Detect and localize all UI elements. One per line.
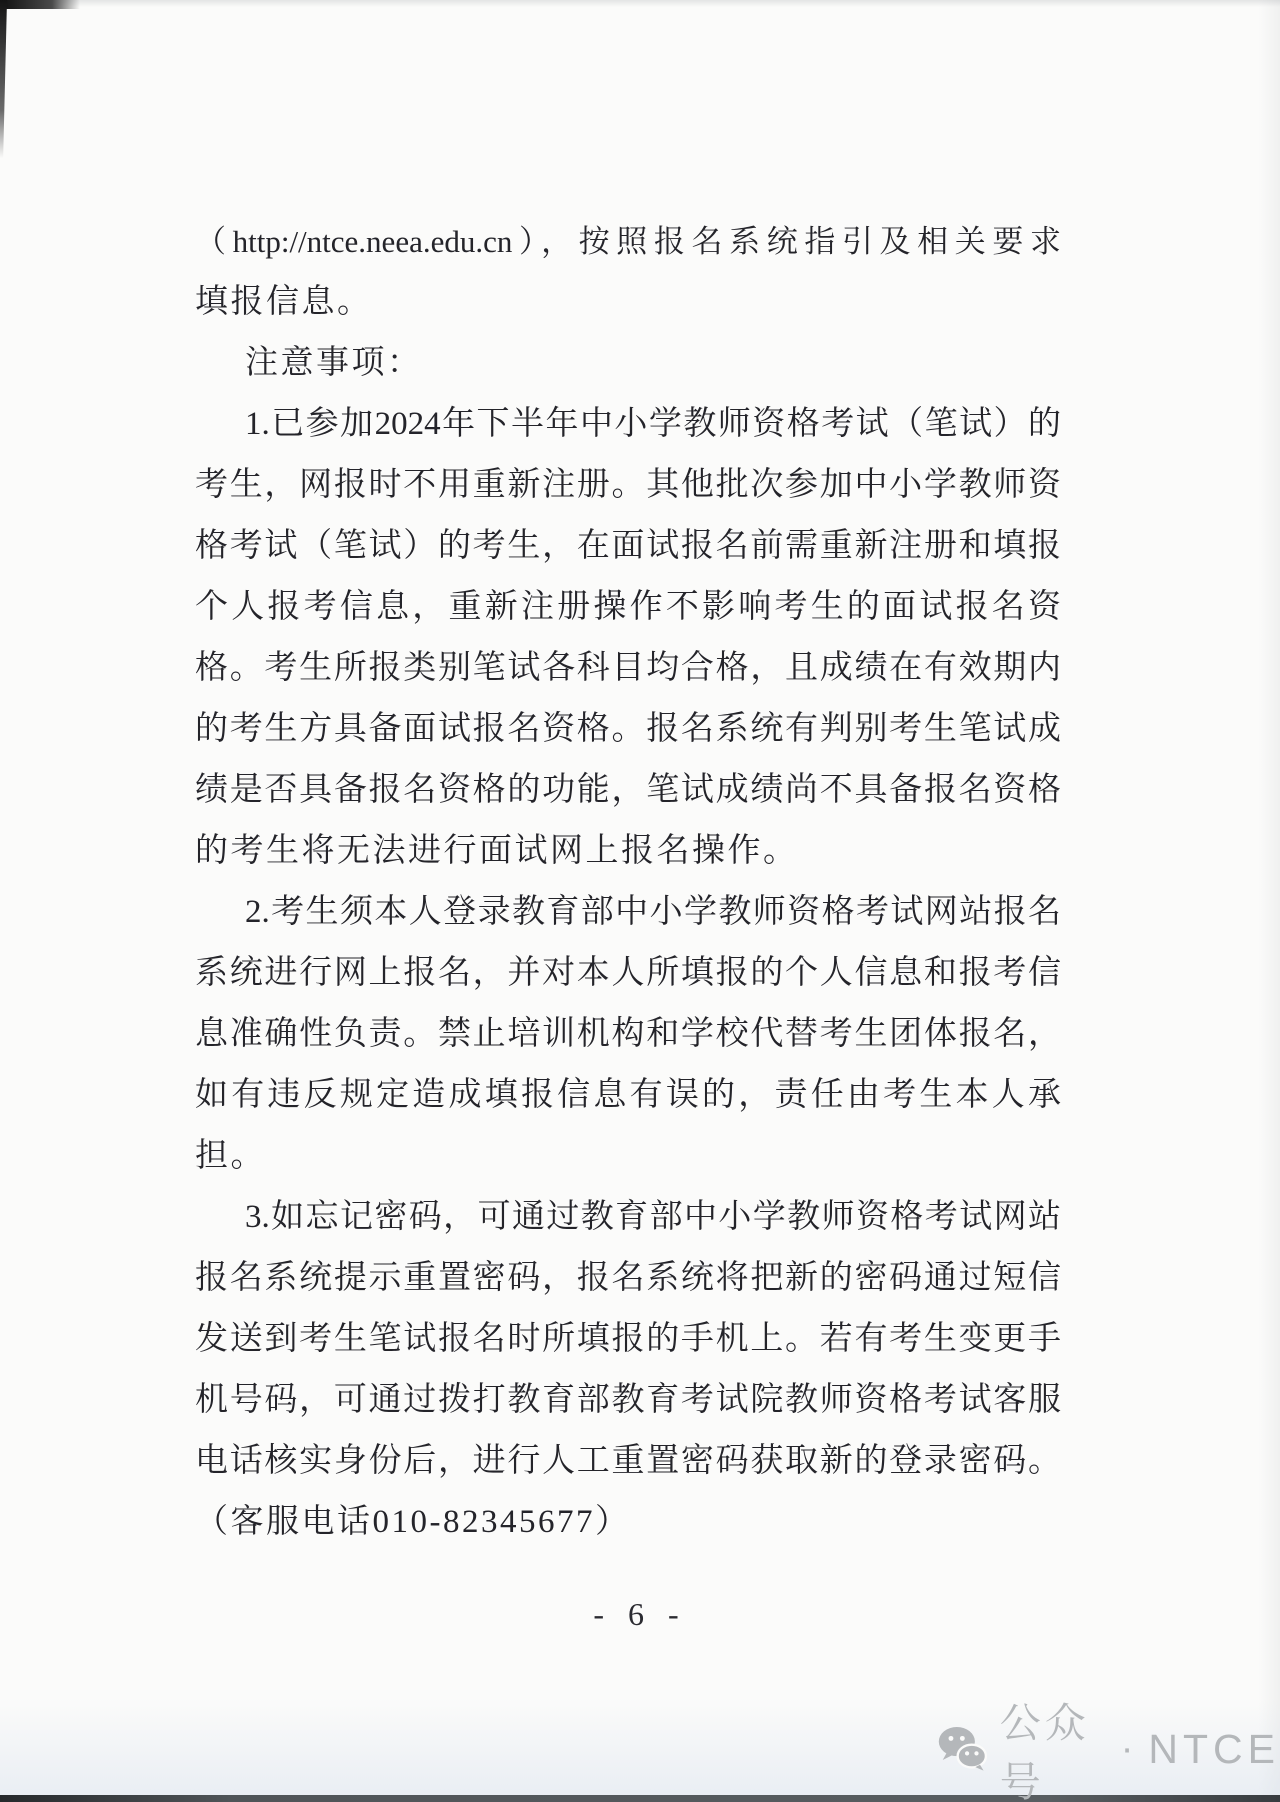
text-line: 息准确性负责。禁止培训机构和学校代替考生团体报名， bbox=[195, 1004, 1061, 1065]
text-line: （客服电话010-82345677） bbox=[195, 1492, 1061, 1553]
text-line: 绩是否具备报名资格的功能，笔试成绩尚不具备报名资格 bbox=[195, 760, 1061, 821]
scan-shade-right bbox=[1258, 0, 1280, 1802]
scan-artifact-left-edge bbox=[0, 0, 7, 158]
text-line: （http://ntce.neea.edu.cn），按照报名系统指引及相关要求 bbox=[195, 211, 1061, 272]
text-line: 个人报考信息，重新注册操作不影响考生的面试报名资 bbox=[195, 577, 1061, 638]
text-line: 2.考生须本人登录教育部中小学教师资格考试网站报名 bbox=[195, 882, 1061, 943]
footer-separator: · bbox=[1119, 1728, 1136, 1771]
text-line: 格考试（笔试）的考生，在面试报名前需重新注册和填报 bbox=[195, 516, 1061, 577]
text-line: 1.已参加2024年下半年中小学教师资格考试（笔试）的 bbox=[195, 394, 1061, 455]
text-line: 发送到考生笔试报名时所填报的手机上。若有考生变更手 bbox=[195, 1309, 1061, 1370]
document-body: （http://ntce.neea.edu.cn），按照报名系统指引及相关要求 … bbox=[195, 211, 1061, 1553]
text-line: 考生，网报时不用重新注册。其他批次参加中小学教师资 bbox=[195, 455, 1061, 516]
text-line: 的考生将无法进行面试网上报名操作。 bbox=[195, 821, 1061, 882]
text-line: 系统进行网上报名，并对本人所填报的个人信息和报考信 bbox=[195, 943, 1061, 1004]
footer-watermark: 公众号 · NTCE bbox=[938, 1718, 1280, 1780]
footer-brand: NTCE bbox=[1148, 1726, 1280, 1773]
scan-shade-top bbox=[0, 0, 1280, 7]
text-line: 担。 bbox=[195, 1126, 1061, 1187]
text-line: 机号码，可通过拨打教育部教育考试院教师资格考试客服 bbox=[195, 1370, 1061, 1431]
text-line: 格。考生所报类别笔试各科目均合格，且成绩在有效期内 bbox=[195, 638, 1061, 699]
footer-account-label: 公众号 bbox=[1000, 1690, 1106, 1802]
text-line: 如有违反规定造成填报信息有误的，责任由考生本人承 bbox=[195, 1065, 1061, 1126]
scan-artifact-top-left-strip bbox=[0, 0, 80, 9]
wechat-icon bbox=[938, 1720, 987, 1778]
page-number: - 6 - bbox=[520, 1596, 760, 1633]
scanned-document-page: （http://ntce.neea.edu.cn），按照报名系统指引及相关要求 … bbox=[0, 0, 1280, 1802]
text-line: 的考生方具备面试报名资格。报名系统有判别考生笔试成 bbox=[195, 699, 1061, 760]
text-line: 3.如忘记密码，可通过教育部中小学教师资格考试网站 bbox=[195, 1187, 1061, 1248]
text-line: 填报信息。 bbox=[195, 272, 1061, 333]
text-line: 电话核实身份后，进行人工重置密码获取新的登录密码。 bbox=[195, 1431, 1061, 1492]
section-heading: 注意事项： bbox=[195, 333, 1061, 394]
text-line: 报名系统提示重置密码，报名系统将把新的密码通过短信 bbox=[195, 1248, 1061, 1309]
